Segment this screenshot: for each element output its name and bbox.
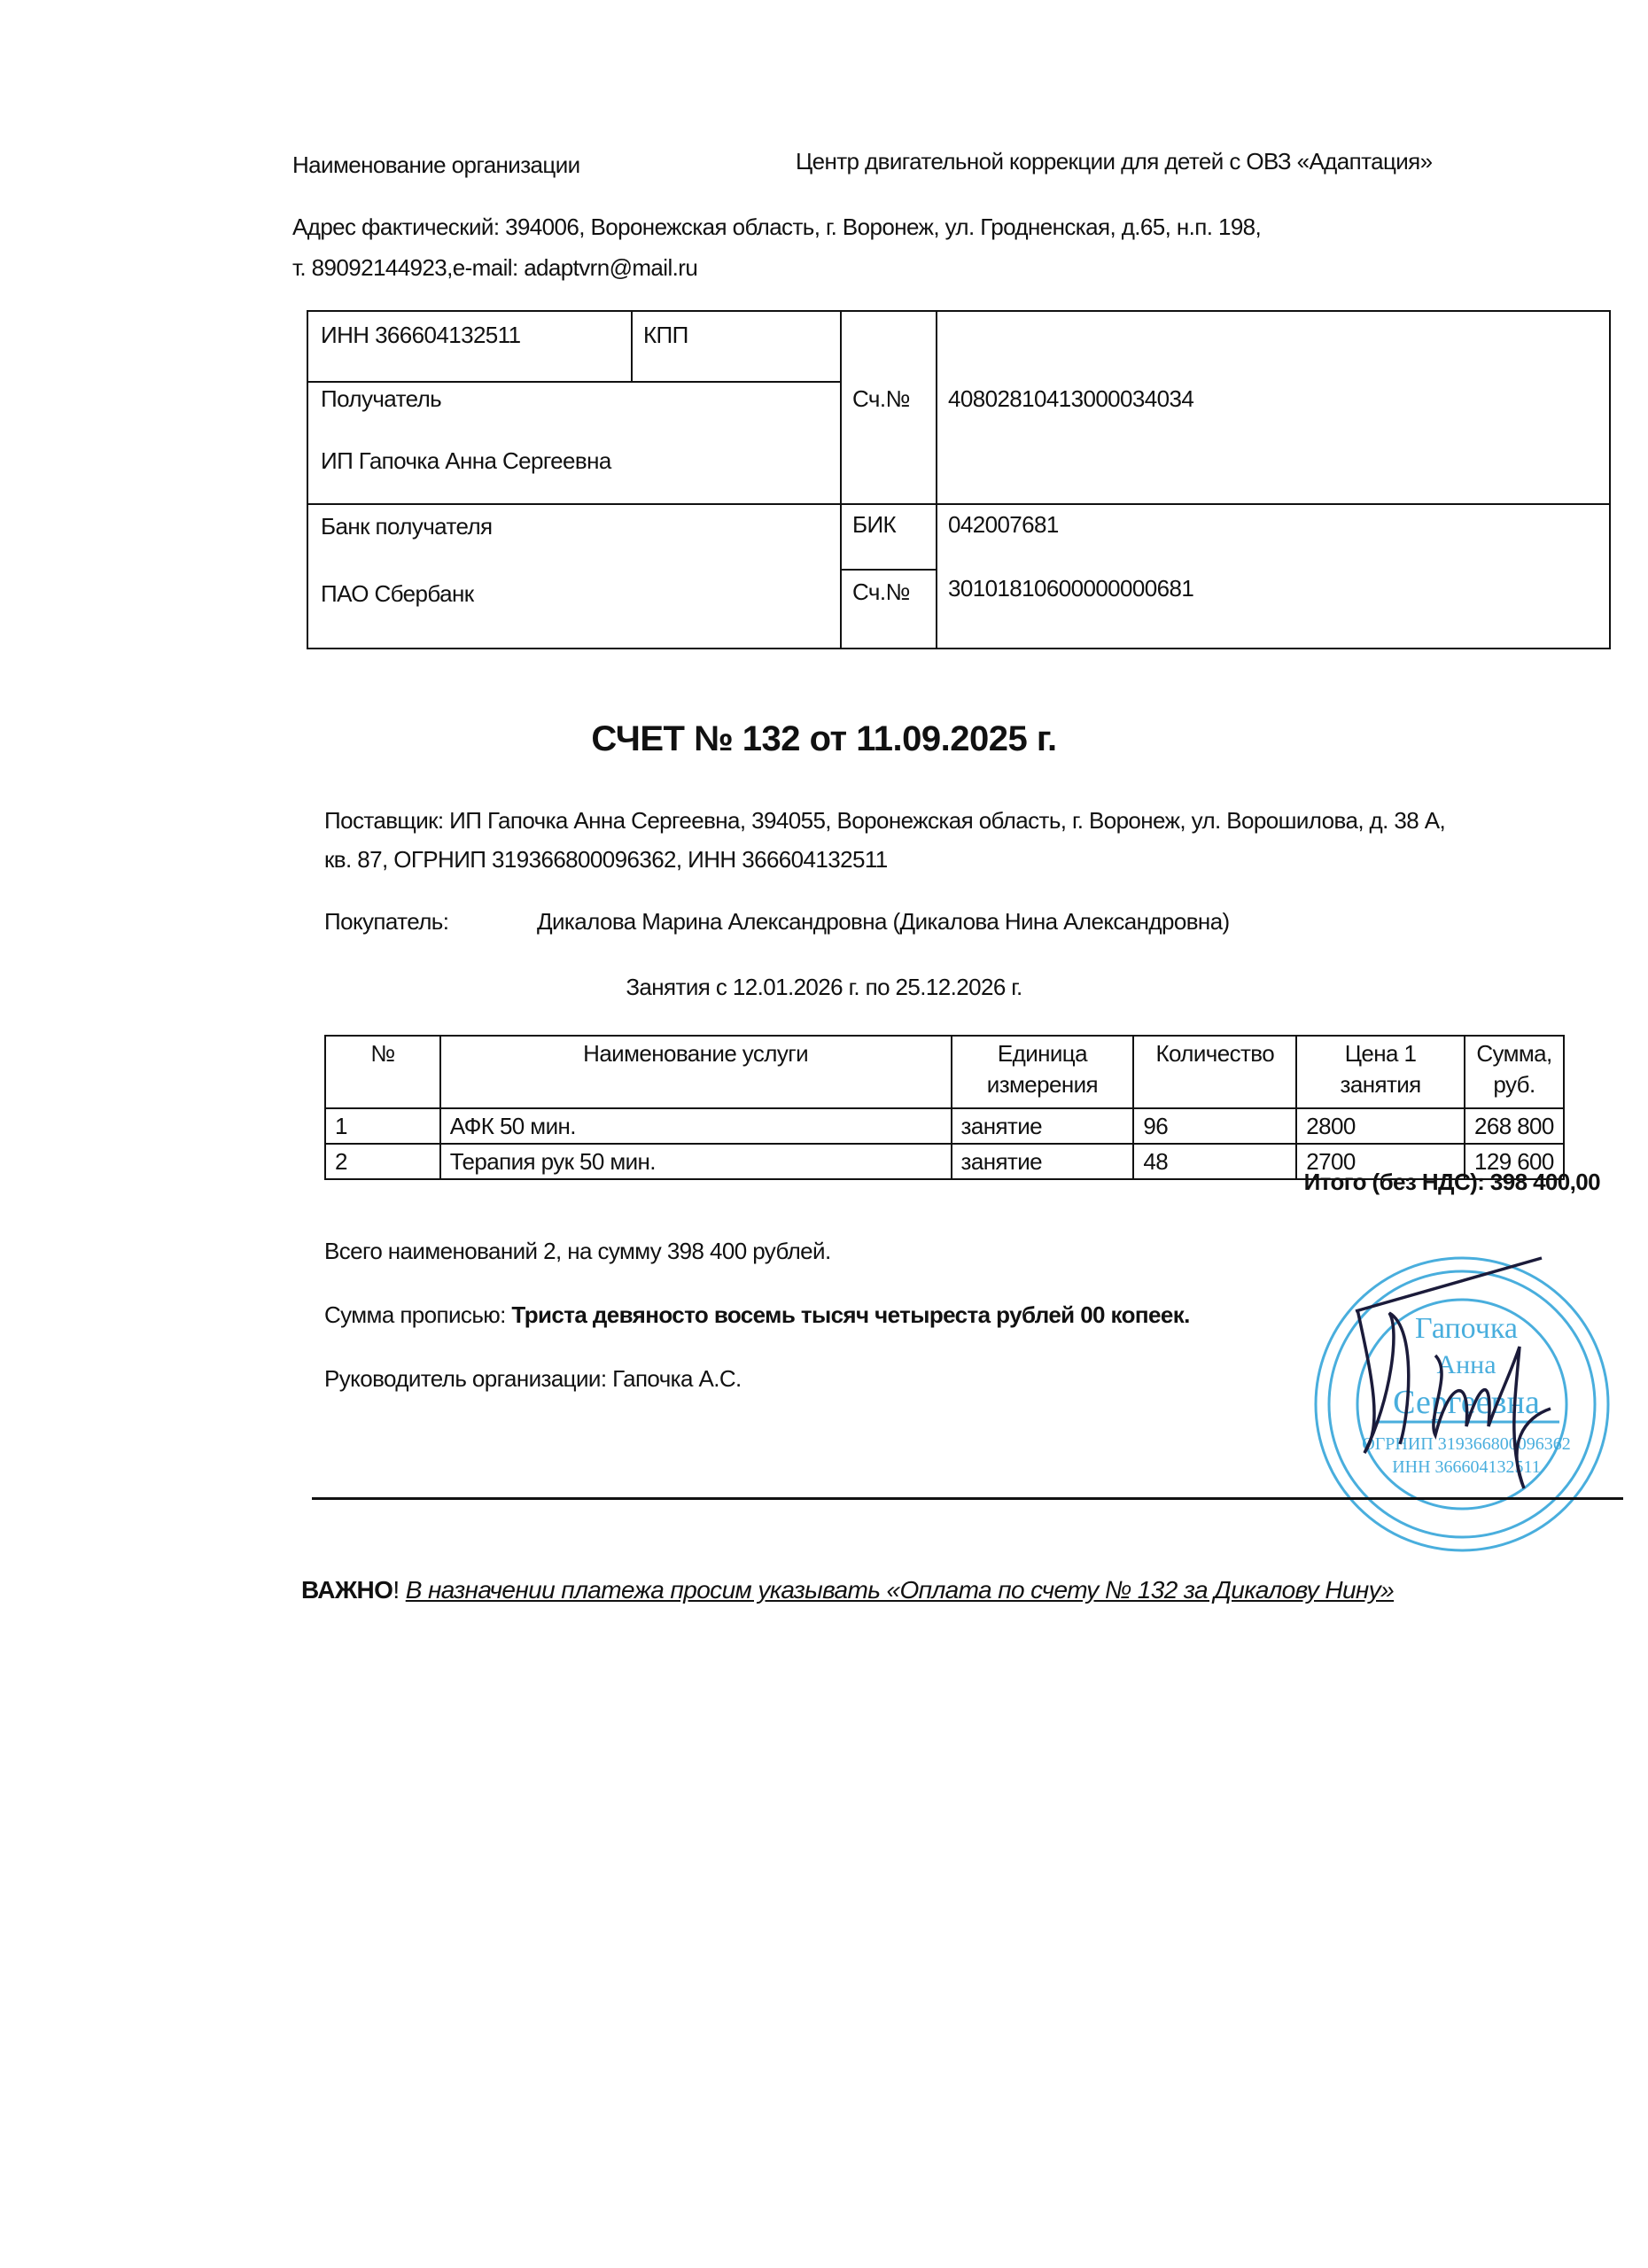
bik-value: 042007681 xyxy=(948,512,1059,539)
bik-label: БИК xyxy=(852,512,896,539)
divider xyxy=(308,381,840,383)
amount-in-words-label: Сумма прописью: xyxy=(324,1301,511,1328)
table-row: 1 АФК 50 мин. занятие 96 2800 268 800 xyxy=(325,1108,1564,1144)
notice-exclaim: ! xyxy=(393,1576,405,1604)
row-name: АФК 50 мин. xyxy=(440,1108,952,1144)
row-unit: занятие xyxy=(952,1144,1134,1179)
row-qty: 96 xyxy=(1133,1108,1296,1144)
supplier-line-1: Поставщик: ИП Гапочка Анна Сергеевна, 39… xyxy=(324,808,1445,835)
row-name: Терапия рук 50 мин. xyxy=(440,1144,952,1179)
payment-notice: ВАЖНО! В назначении платежа просим указы… xyxy=(301,1570,1559,1611)
col-header-name: Наименование услуги xyxy=(440,1036,952,1108)
inn-value: ИНН 366604132511 xyxy=(321,322,520,349)
buyer-value: Дикалова Марина Александровна (Дикалова … xyxy=(537,909,1230,936)
bank-value: ПАО Сбербанк xyxy=(321,581,474,608)
org-name: Центр двигательной коррекции для детей с… xyxy=(796,149,1433,175)
amount-in-words-line: Сумма прописью: Триста девяносто восемь … xyxy=(324,1302,1190,1329)
notice-important-label: ВАЖНО xyxy=(301,1576,393,1604)
row-unit: занятие xyxy=(952,1108,1134,1144)
recipient-label: Получатель xyxy=(321,386,441,413)
row-num: 1 xyxy=(325,1108,440,1144)
corr-account-value: 30101810600000000681 xyxy=(948,576,1193,602)
row-qty: 48 xyxy=(1133,1144,1296,1179)
divider xyxy=(308,503,1611,505)
divider xyxy=(840,569,936,571)
col-header-price: Цена 1 занятия xyxy=(1296,1036,1465,1108)
col-header-unit: Единица измерения xyxy=(952,1036,1134,1108)
org-label: Наименование организации xyxy=(292,152,580,179)
separator-line xyxy=(312,1497,1623,1500)
divider xyxy=(936,312,937,649)
corr-account-label: Сч.№ xyxy=(852,579,910,606)
head-of-organization: Руководитель организации: Гапочка А.С. xyxy=(324,1366,742,1393)
stamp: Гапочка Анна Сергеевна ОГРНИП 3193668000… xyxy=(1302,1240,1621,1559)
address-line-1: Адрес фактический: 394006, Воронежская о… xyxy=(292,214,1261,241)
col-header-sum: Сумма, руб. xyxy=(1465,1036,1564,1108)
divider xyxy=(631,312,633,381)
divider xyxy=(840,312,842,649)
table-header-row: № Наименование услуги Единица измерения … xyxy=(325,1036,1564,1108)
supplier-line-2: кв. 87, ОГРНИП 319366800096362, ИНН 3666… xyxy=(324,847,888,874)
notice-text: В назначении платежа просим указывать «О… xyxy=(406,1576,1394,1604)
col-header-qty: Количество xyxy=(1133,1036,1296,1108)
kpp-label: КПП xyxy=(643,322,688,349)
invoice-page: Наименование организации Центр двигатель… xyxy=(0,0,1648,2268)
amount-in-words-value: Триста девяносто восемь тысяч четыреста … xyxy=(511,1301,1189,1328)
services-table: № Наименование услуги Единица измерения … xyxy=(324,1035,1565,1180)
invoice-title: СЧЕТ № 132 от 11.09.2025 г. xyxy=(0,719,1648,759)
items-count-line: Всего наименований 2, на сумму 398 400 р… xyxy=(324,1239,831,1265)
address-line-2: т. 89092144923,e-mail: adaptvrn@mail.ru xyxy=(292,255,697,282)
buyer-label: Покупатель: xyxy=(324,909,448,936)
total-amount: Итого (без НДС): 398 400,00 xyxy=(1304,1169,1600,1196)
service-period: Занятия с 12.01.2026 г. по 25.12.2026 г. xyxy=(0,975,1648,1001)
row-num: 2 xyxy=(325,1144,440,1179)
recipient-value: ИП Гапочка Анна Сергеевна xyxy=(321,448,611,475)
bank-details-table: ИНН 366604132511 КПП Получатель ИП Гапоч… xyxy=(307,310,1611,649)
col-header-num: № xyxy=(325,1036,440,1108)
account-label: Сч.№ xyxy=(852,386,910,413)
svg-text:Анна: Анна xyxy=(1436,1350,1496,1379)
bank-label: Банк получателя xyxy=(321,514,493,540)
row-sum: 268 800 xyxy=(1465,1108,1564,1144)
svg-text:Гапочка: Гапочка xyxy=(1415,1312,1518,1345)
account-value: 40802810413000034034 xyxy=(948,386,1193,413)
svg-text:ОГРНИП 319366800096362: ОГРНИП 319366800096362 xyxy=(1362,1434,1570,1454)
row-price: 2800 xyxy=(1296,1108,1465,1144)
stamp-seal-icon: Гапочка Анна Сергеевна ОГРНИП 3193668000… xyxy=(1302,1240,1621,1559)
